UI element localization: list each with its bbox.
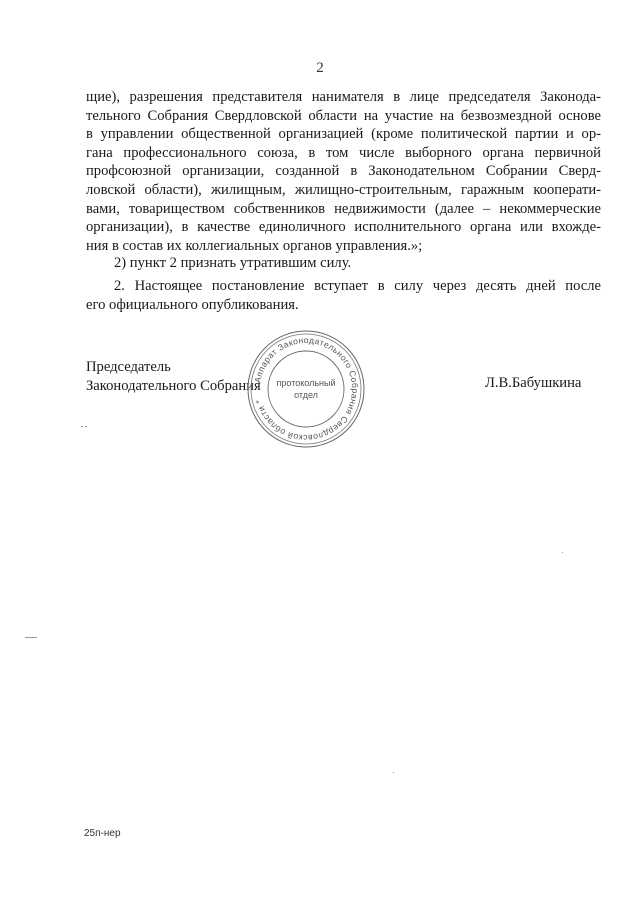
text-line: его официального опубликования. (86, 296, 601, 315)
item-2-paragraph: 2) пункт 2 признать утратившим силу. (86, 254, 601, 273)
signatory-title: Председатель Законодательного Собрания (86, 358, 261, 395)
signatory-title-line1: Председатель (86, 358, 261, 377)
text-line: ния в состав их коллегиальных органов уп… (86, 237, 601, 256)
scan-artifact (25, 637, 37, 638)
document-code: 25п-нер (84, 828, 121, 839)
continuation-paragraph: щие), разрешения представителя нанимател… (86, 88, 601, 255)
signatory-name: Л.В.Бабушкина (485, 375, 581, 392)
stamp-seal-icon: Аппарат Законодательного Собрания Свердл… (245, 328, 367, 450)
text-line: организации), в качестве единоличного ис… (86, 218, 601, 237)
text-line: профсоюзной организации, созданной в Зак… (86, 162, 601, 181)
text-line: тельного Собрания Свердловской области н… (86, 107, 601, 126)
scan-artifact (81, 426, 83, 427)
signatory-title-line2: Законодательного Собрания (86, 377, 261, 396)
text-line: ловской области), жилищным, жилищно-стро… (86, 181, 601, 200)
scan-artifact (85, 426, 87, 427)
text-line: 2) пункт 2 признать утратившим силу. (86, 254, 601, 273)
clause-2-paragraph: 2. Настоящее постановление вступает в си… (86, 277, 601, 314)
text-line: 2. Настоящее постановление вступает в си… (86, 277, 601, 296)
text-line: гана профессионального союза, в том числ… (86, 144, 601, 163)
page-number: 2 (0, 60, 640, 77)
svg-text:протокольный: протокольный (277, 378, 336, 388)
official-stamp: Аппарат Законодательного Собрания Свердл… (245, 328, 367, 450)
text-line: щие), разрешения представителя нанимател… (86, 88, 601, 107)
scan-artifact (562, 552, 563, 553)
svg-text:отдел: отдел (294, 390, 318, 400)
scan-artifact (393, 772, 394, 773)
text-line: вами, товариществом собственников недвиж… (86, 200, 601, 219)
text-line: в управлении общественной организацией (… (86, 125, 601, 144)
